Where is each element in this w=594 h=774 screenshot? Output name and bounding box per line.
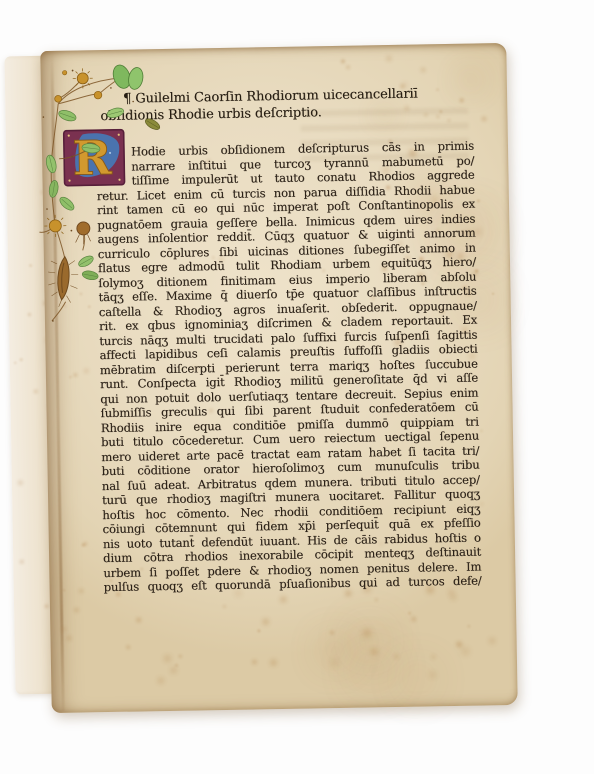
book-page: ¶Guilelmi Caorſin Rhodiorum uicecancella…	[40, 43, 517, 713]
foxing-spots	[4, 56, 5, 57]
foxing-spots	[40, 51, 41, 52]
book-photograph: ¶Guilelmi Caorſin Rhodiorum uicecancella…	[0, 0, 594, 774]
heading-text-2: obſidionis Rhodie urbis deſcriptio.	[100, 105, 322, 124]
pilcrow-mark: ¶	[123, 90, 131, 108]
chapter-heading: ¶Guilelmi Caorſin Rhodiorum uicecancella…	[100, 84, 481, 125]
body-text: Hodie urbis obſidionem deſcripturus cās …	[96, 139, 482, 595]
